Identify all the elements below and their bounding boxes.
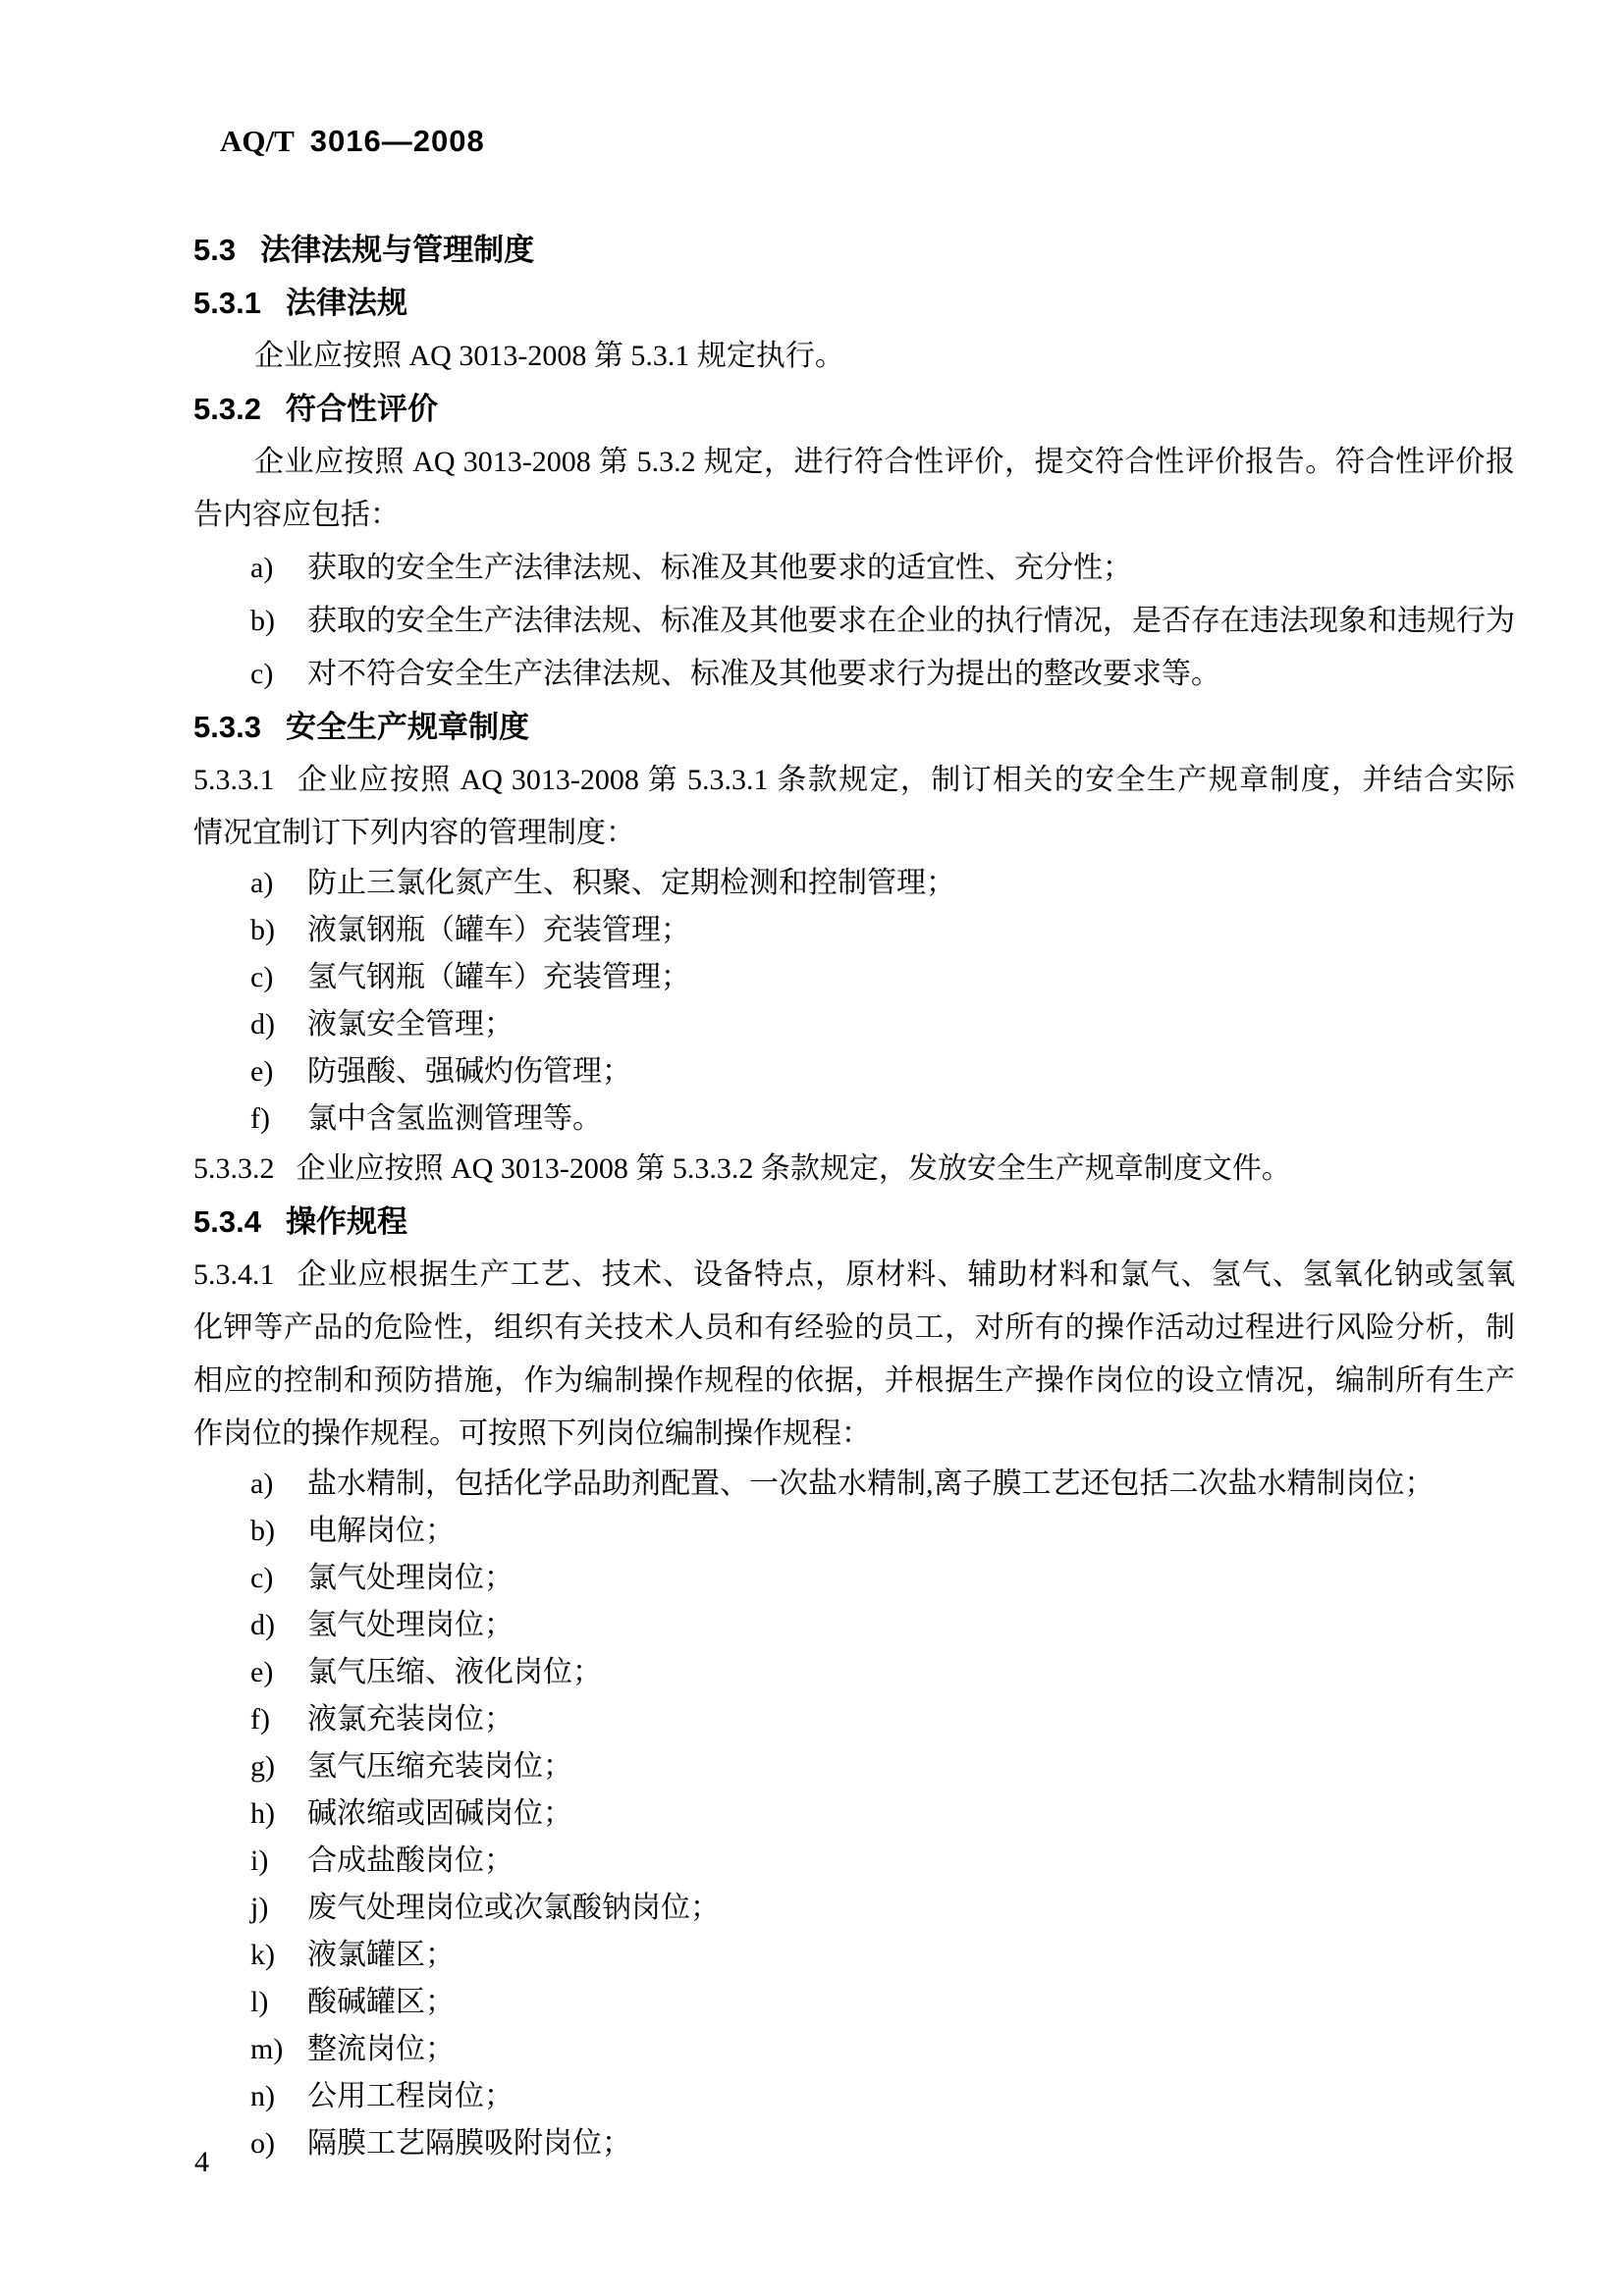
section-heading-5-3-4: 5.3.4操作规程 (193, 1196, 1515, 1249)
section-title: 符合性评价 (286, 392, 438, 426)
paragraph-line: 作岗位的操作规程。可按照下列岗位编制操作规程： (193, 1408, 1515, 1461)
list-text: 液氯充装岗位； (307, 1703, 514, 1735)
section-title: 操作规程 (286, 1204, 407, 1239)
list-text: 获取的安全生产法律法规、标准及其他要求的适宜性、充分性； (307, 552, 1132, 584)
list-item: d)氢气处理岗位； (193, 1602, 1515, 1649)
list-item: a)获取的安全生产法律法规、标准及其他要求的适宜性、充分性； (193, 542, 1515, 595)
section-title: 安全生产规章制度 (286, 710, 529, 744)
clause-line-5-3-3-2: 5.3.3.2企业应按照 AQ 3013-2008 第 5.3.3.2 条款规定… (193, 1143, 1515, 1196)
clause-text: 企业应按照 AQ 3013-2008 第 5.3.3.2 条款规定，发放安全生产… (297, 1152, 1291, 1185)
doc-code-prefix: AQ/T (220, 124, 295, 158)
clause-line-5-3-4-1: 5.3.4.1企业应根据生产工艺、技术、设备特点，原材料、辅助材料和氯气、氢气、… (193, 1249, 1515, 1302)
list-marker: e) (250, 1048, 307, 1095)
list-item: b)电解岗位； (193, 1508, 1515, 1555)
list-item: o)隔膜工艺隔膜吸附岗位； (193, 2120, 1515, 2167)
list-text: 对不符合安全生产法律法规、标准及其他要求行为提出的整改要求等。 (307, 658, 1220, 690)
page-content: 5.3法律法规与管理制度 5.3.1法律法规 企业应按照 AQ 3013-200… (193, 224, 1515, 2167)
list-item: f)液氯充装岗位； (193, 1696, 1515, 1743)
list-text: 液氯安全管理； (307, 1008, 514, 1041)
list-item: d)液氯安全管理； (193, 1001, 1515, 1048)
list-item: e)防强酸、强碱灼伤管理； (193, 1048, 1515, 1095)
list-text: 氢气处理岗位； (307, 1609, 514, 1641)
paragraph-line: 告内容应包括： (193, 489, 1515, 542)
clause-line-5-3-3-1: 5.3.3.1企业应按照 AQ 3013-2008 第 5.3.3.1 条款规定… (193, 754, 1515, 807)
doc-code-header: AQ/T3016—2008 (220, 124, 485, 159)
section-title: 法律法规 (286, 286, 407, 320)
list-marker: a) (250, 1461, 307, 1508)
list-item: f)氯中含氢监测管理等。 (193, 1095, 1515, 1143)
list-text: 隔膜工艺隔膜吸附岗位； (307, 2127, 631, 2160)
list-marker: b) (250, 1508, 307, 1555)
list-item: c)氢气钢瓶（罐车）充装管理； (193, 954, 1515, 1001)
section-number: 5.3.3 (193, 710, 261, 744)
section-number: 5.3.2 (193, 392, 261, 426)
list-marker: a) (250, 860, 307, 907)
list-item: c)氯气处理岗位； (193, 1555, 1515, 1602)
list-marker: b) (250, 595, 307, 648)
paragraph-line: 化钾等产品的危险性，组织有关技术人员和有经验的员工，对所有的操作活动过程进行风险… (193, 1302, 1515, 1355)
list-marker: n) (250, 2073, 307, 2120)
list-text: 液氯罐区； (307, 1939, 455, 1971)
section-number: 5.3.4 (193, 1204, 261, 1239)
list-text: 防止三氯化氮产生、积聚、定期检测和控制管理； (307, 867, 955, 899)
list-item: a)盐水精制，包括化学品助剂配置、一次盐水精制,离子膜工艺还包括二次盐水精制岗位… (193, 1461, 1515, 1508)
list-item: j)废气处理岗位或次氯酸钠岗位； (193, 1885, 1515, 1932)
list-text: 碱浓缩或固碱岗位； (307, 1797, 572, 1830)
list-item: i)合成盐酸岗位； (193, 1838, 1515, 1885)
list-marker: a) (250, 542, 307, 595)
clause-number: 5.3.3.1 (193, 764, 275, 796)
list-marker: j) (250, 1885, 307, 1932)
list-marker: h) (250, 1790, 307, 1838)
section-heading-5-3-2: 5.3.2符合性评价 (193, 383, 1515, 436)
section-number: 5.3 (193, 233, 236, 267)
list-marker: c) (250, 1555, 307, 1602)
list-text: 公用工程岗位； (307, 2080, 514, 2112)
section-heading-5-3: 5.3法律法规与管理制度 (193, 224, 1515, 277)
list-text: 氢气压缩充装岗位； (307, 1750, 572, 1783)
list-text: 氯气处理岗位； (307, 1562, 514, 1594)
clause-text: 企业应按照 AQ 3013-2008 第 5.3.3.1 条款规定，制订相关的安… (297, 764, 1516, 796)
list-marker: d) (250, 1001, 307, 1048)
list-marker: m) (250, 2026, 307, 2073)
document-page: AQ/T3016—2008 5.3法律法规与管理制度 5.3.1法律法规 企业应… (0, 0, 1624, 2296)
clause-text: 企业应根据生产工艺、技术、设备特点，原材料、辅助材料和氯气、氢气、氢氧化钠或氢氧 (297, 1258, 1516, 1291)
list-text: 氯气压缩、液化岗位； (307, 1656, 602, 1688)
section-heading-5-3-3: 5.3.3安全生产规章制度 (193, 701, 1515, 754)
list-item: b)液氯钢瓶（罐车）充装管理； (193, 907, 1515, 954)
section-heading-5-3-1: 5.3.1法律法规 (193, 277, 1515, 330)
list-text: 氢气钢瓶（罐车）充装管理； (307, 961, 690, 993)
list-text: 废气处理岗位或次氯酸钠岗位； (307, 1892, 720, 1924)
doc-code-number: 3016—2008 (310, 124, 485, 158)
list-marker: b) (250, 907, 307, 954)
list-text: 整流岗位； (307, 2033, 455, 2065)
list-text: 液氯钢瓶（罐车）充装管理； (307, 914, 690, 946)
list-item: l)酸碱罐区； (193, 1979, 1515, 2026)
list-text: 酸碱罐区； (307, 1986, 455, 2018)
list-item: h)碱浓缩或固碱岗位； (193, 1790, 1515, 1838)
list-item: b)获取的安全生产法律法规、标准及其他要求在企业的执行情况，是否存在违法现象和违… (193, 595, 1515, 648)
paragraph-line: 情况宜制订下列内容的管理制度： (193, 807, 1515, 860)
list-text: 合成盐酸岗位； (307, 1844, 514, 1877)
list-marker: k) (250, 1932, 307, 1979)
list-text: 电解岗位； (307, 1515, 455, 1547)
paragraph-line: 企业应按照 AQ 3013-2008 第 5.3.1 规定执行。 (193, 330, 1515, 383)
list-marker: l) (250, 1979, 307, 2026)
list-marker: e) (250, 1649, 307, 1696)
list-marker: c) (250, 954, 307, 1001)
list-text: 获取的安全生产法律法规、标准及其他要求在企业的执行情况，是否存在违法现象和违规行… (307, 605, 1515, 637)
list-item: n)公用工程岗位； (193, 2073, 1515, 2120)
list-item: e)氯气压缩、液化岗位； (193, 1649, 1515, 1696)
list-item: m)整流岗位； (193, 2026, 1515, 2073)
clause-number: 5.3.4.1 (193, 1258, 275, 1291)
list-marker: f) (250, 1696, 307, 1743)
list-marker: i) (250, 1838, 307, 1885)
list-text: 氯中含氢监测管理等。 (307, 1102, 602, 1135)
list-item: k)液氯罐区； (193, 1932, 1515, 1979)
list-item: a)防止三氯化氮产生、积聚、定期检测和控制管理； (193, 860, 1515, 907)
list-marker: d) (250, 1602, 307, 1649)
section-title: 法律法规与管理制度 (260, 233, 534, 267)
list-marker: g) (250, 1743, 307, 1790)
list-item: g)氢气压缩充装岗位； (193, 1743, 1515, 1790)
section-number: 5.3.1 (193, 286, 261, 320)
page-number: 4 (194, 2146, 209, 2179)
list-marker: f) (250, 1095, 307, 1143)
list-item: c)对不符合安全生产法律法规、标准及其他要求行为提出的整改要求等。 (193, 648, 1515, 701)
list-text: 盐水精制，包括化学品助剂配置、一次盐水精制,离子膜工艺还包括二次盐水精制岗位； (307, 1468, 1435, 1500)
paragraph-line: 企业应按照 AQ 3013-2008 第 5.3.2 规定，进行符合性评价，提交… (193, 436, 1515, 489)
list-marker: c) (250, 648, 307, 701)
paragraph-line: 相应的控制和预防措施，作为编制操作规程的依据，并根据生产操作岗位的设立情况，编制… (193, 1355, 1515, 1408)
list-text: 防强酸、强碱灼伤管理； (307, 1055, 631, 1088)
list-marker: o) (250, 2120, 307, 2167)
clause-number: 5.3.3.2 (193, 1152, 275, 1185)
